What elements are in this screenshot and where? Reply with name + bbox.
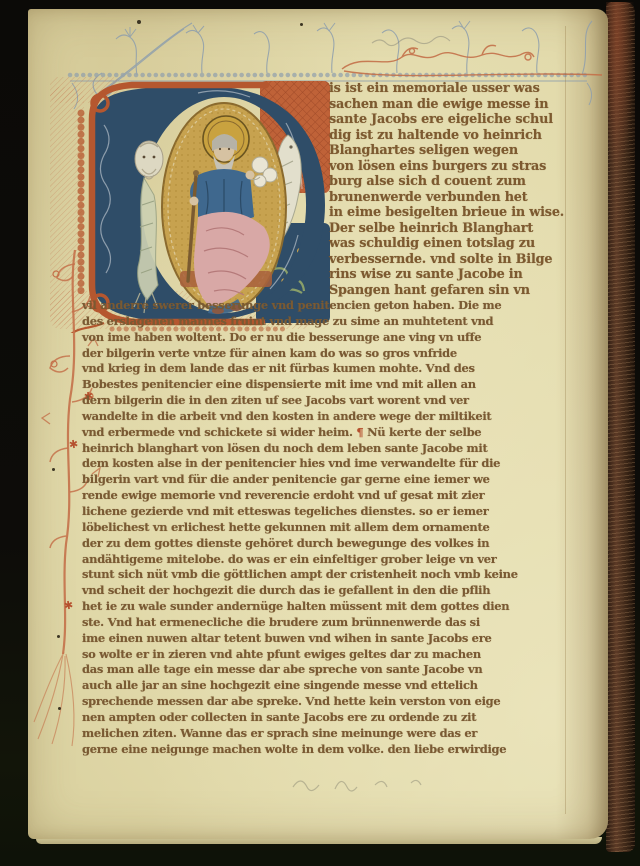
text-line: sachen man die ewige messe in [329, 97, 597, 113]
faint-pencil-inscription [283, 767, 483, 801]
saint-figure [180, 116, 277, 314]
text-segment: brunenwerde verbunden het [329, 190, 527, 205]
text-segment: bilgerin vart vnd für die ander penitenc… [82, 472, 490, 486]
text-segment: heinrich blanghart von lösen du noch dem… [82, 441, 487, 455]
text-segment: sante Jacobs ere eigeliche schul [329, 112, 553, 127]
text-line: ste. Vnd hat ermenecliche die brudere zu… [82, 615, 597, 631]
text-line: in eime besigelten brieue in wise. [329, 205, 597, 221]
text-segment: in eime besigelten brieue in wise. [329, 205, 564, 220]
text-segment: vil anderre swerer besserunge vnd penite… [82, 298, 501, 312]
blue-robe [198, 169, 254, 224]
illuminated-initial [48, 75, 333, 333]
text-line: brunenwerde verbunden het [329, 190, 597, 206]
text-segment: dern bilgerin die in den ziten uf see Ja… [82, 393, 469, 407]
text-segment: vnd erbermede vnd schickete si wider hei… [82, 425, 356, 439]
text-line: von lösen eins burgers zu stras [329, 159, 597, 175]
text-line: was schuldig einen totslag zu [329, 236, 597, 252]
letter-D-body [93, 85, 325, 323]
text-line: bilgerin vart vnd für die ander penitenc… [82, 472, 597, 488]
text-line: ime einen nuwen altar tetent buwen vnd w… [82, 631, 597, 647]
pilgrim-staff [188, 175, 196, 281]
drollery-white-bird [271, 135, 301, 247]
ink-fleck [300, 23, 303, 26]
margin-rubric-mark: ✱ [68, 437, 79, 451]
red-initial-frame [70, 85, 284, 333]
text-line: dem kosten alse in der penitencier hies … [82, 456, 597, 472]
text-line: der bilgerin verte vntze für ainen kam d… [82, 346, 597, 362]
text-line: sante Jacobs ere eigeliche schul [329, 112, 597, 128]
text-line: Der selbe heinrich Blanghart [329, 221, 597, 237]
ink-fleck [58, 707, 61, 710]
text-line: Bobestes penitencier eine dispensierte m… [82, 377, 597, 393]
text-segment: dem kosten alse in der penitencier hies … [82, 456, 500, 470]
grey-hair [212, 134, 237, 151]
text-segment: vnd scheit der hochgezit die durch das i… [82, 583, 490, 597]
book-fore-edge [606, 2, 635, 852]
text-segment: von lösen eins burgers zu stras [329, 159, 546, 174]
beard [213, 155, 235, 181]
text-line: sprechende messen dar abe spreke. Vnd he… [82, 694, 597, 710]
parchment-page: D [28, 9, 608, 839]
text-segment: ste. Vnd hat ermenecliche die brudere zu… [82, 615, 480, 629]
diapered-corner-panel [260, 81, 330, 193]
text-line: vil anderre swerer besserunge vnd penite… [82, 298, 597, 314]
text-segment: der zu dem gottes dienste gehöret durch … [82, 536, 489, 550]
text-segment: het ie zu wale sunder andernüge halten m… [82, 599, 509, 613]
text-line: Spangen hant gefaren sin vn [329, 283, 597, 299]
red-penwork-flourish [342, 45, 602, 75]
text-line: vnd scheit der hochgezit die durch das i… [82, 583, 597, 599]
text-segment: löbelichest vn erlichest hette gekunnen … [82, 520, 489, 534]
text-line: des erslagenen mannes fruint vnd mage zu… [82, 314, 597, 330]
text-line: löbelichest vn erlichest hette gekunnen … [82, 520, 597, 536]
ink-fleck [57, 635, 60, 638]
text-segment: sprechende messen dar abe spreke. Vnd he… [82, 694, 500, 708]
manuscript-photo: D [0, 0, 640, 866]
text-segment: Spangen hant gefaren sin vn [329, 283, 530, 298]
text-line: der zu dem gottes dienste gehöret durch … [82, 536, 597, 552]
text-segment: Bobestes penitencier eine dispensierte m… [82, 377, 476, 391]
text-line: verbessernde. vnd solte in Bilge [329, 252, 597, 268]
text-segment: andähtigeme mitelobe. do was er ein einf… [82, 552, 497, 566]
text-segment: lichene gezierde vnd mit etteswas tegeli… [82, 504, 488, 518]
text-line: so wolte er in zieren vnd ahte pfunt ewi… [82, 647, 597, 663]
pink-mantle [194, 212, 270, 307]
text-line: das man alle tage ein messe dar abe spre… [82, 662, 597, 678]
text-line: melichen ziten. Wanne das er sprach sine… [82, 726, 597, 742]
body-lines: vil anderre swerer besserunge vnd penite… [82, 298, 597, 757]
ink-fleck [137, 20, 141, 24]
text-line: lichene gezierde vnd mit etteswas tegeli… [82, 504, 597, 520]
text-segment: melichen ziten. Wanne das er sprach sine… [82, 726, 477, 740]
opening-lines: is ist ein memoriale usser wassachen man… [329, 81, 597, 298]
text-line: rende ewige memorie vnd reverencie erdoh… [82, 488, 597, 504]
illuminated-initial-letter: D [28, 9, 29, 10]
text-segment: von ime haben woltent. Do er nu die bess… [82, 330, 481, 344]
bench [180, 271, 272, 287]
text-line: is ist ein memoriale usser was [329, 81, 597, 97]
text-segment: Blanghartes seligen wegen [329, 143, 518, 158]
text-segment: vnd krieg in dem lande das er nit fürbas… [82, 361, 475, 375]
text-line: von ime haben woltent. Do er nu die bess… [82, 330, 597, 346]
text-segment: dig ist zu haltende vo heinrich [329, 128, 542, 143]
text-line: heinrich blanghart von lösen du noch dem… [82, 441, 597, 457]
text-segment: so wolte er in zieren vnd ahte pfunt ewi… [82, 647, 481, 661]
text-line: nen ampten oder collecten in sante Jacob… [82, 710, 597, 726]
text-segment: das man alle tage ein messe dar abe spre… [82, 662, 482, 676]
ink-fleck [52, 468, 55, 471]
text-segment: sachen man die ewige messe in [329, 97, 548, 112]
text-line: stunt sich nüt vmb die göttlichen ampt d… [82, 567, 597, 583]
text-segment: Nü kerte der selbe [363, 425, 481, 439]
white-flowers [250, 157, 277, 187]
text-segment: wandelte in die arbeit vnd den kosten in… [82, 409, 491, 423]
text-line: dern bilgerin die in den ziten uf see Ja… [82, 393, 597, 409]
white-tracery [100, 91, 302, 289]
text-segment: was schuldig einen totslag zu [329, 236, 535, 251]
margin-rubric-mark: ✱ [63, 598, 74, 612]
text-segment: gerne eine neigunge machen wolte in dem … [82, 742, 506, 756]
text-segment: is ist ein memoriale usser was [329, 81, 540, 96]
text-line: auch alle jar an sine hochgezit eine sin… [82, 678, 597, 694]
text-line: wandelte in die arbeit vnd den kosten in… [82, 409, 597, 425]
text-line: gerne eine neigunge machen wolte in dem … [82, 742, 597, 758]
faint-top-inscription [372, 36, 450, 45]
text-segment: rins wise zu sante Jacobe in [329, 267, 523, 282]
text-segment: stunt sich nüt vmb die göttlichen ampt d… [82, 567, 518, 581]
drollery-bearded-face [134, 141, 163, 313]
hand [190, 197, 199, 206]
text-line: andähtigeme mitelobe. do was er ein einf… [82, 552, 597, 568]
text-segment: der bilgerin verte vntze für ainen kam d… [82, 346, 457, 360]
text-segment: verbessernde. vnd solte in Bilge [329, 252, 552, 267]
halo [203, 116, 249, 162]
red-penwork-ground [50, 77, 312, 329]
text-segment: ime einen nuwen altar tetent buwen vnd w… [82, 631, 491, 645]
text-line: Blanghartes seligen wegen [329, 143, 597, 159]
gold-ground [162, 103, 286, 311]
text-line: rins wise zu sante Jacobe in [329, 267, 597, 283]
text-line: dig ist zu haltende vo heinrich [329, 128, 597, 144]
text-line: het ie zu wale sunder andernüge halten m… [82, 599, 597, 615]
text-line: vnd erbermede vnd schickete si wider hei… [82, 425, 597, 441]
text-segment: burg alse sich d couent zum [329, 174, 526, 189]
text-segment: des erslagenen mannes fruint vnd mage zu… [82, 314, 493, 328]
text-segment: nen ampten oder collecten in sante Jacob… [82, 710, 476, 724]
head [214, 137, 235, 162]
text-segment: Der selbe heinrich Blanghart [329, 221, 533, 236]
text-segment: rende ewige memorie vnd reverencie erdoh… [82, 488, 484, 502]
text-segment: auch alle jar an sine hochgezit eine sin… [82, 678, 478, 692]
text-line: burg alse sich d couent zum [329, 174, 597, 190]
text-line: vnd krieg in dem lande das er nit fürbas… [82, 361, 597, 377]
